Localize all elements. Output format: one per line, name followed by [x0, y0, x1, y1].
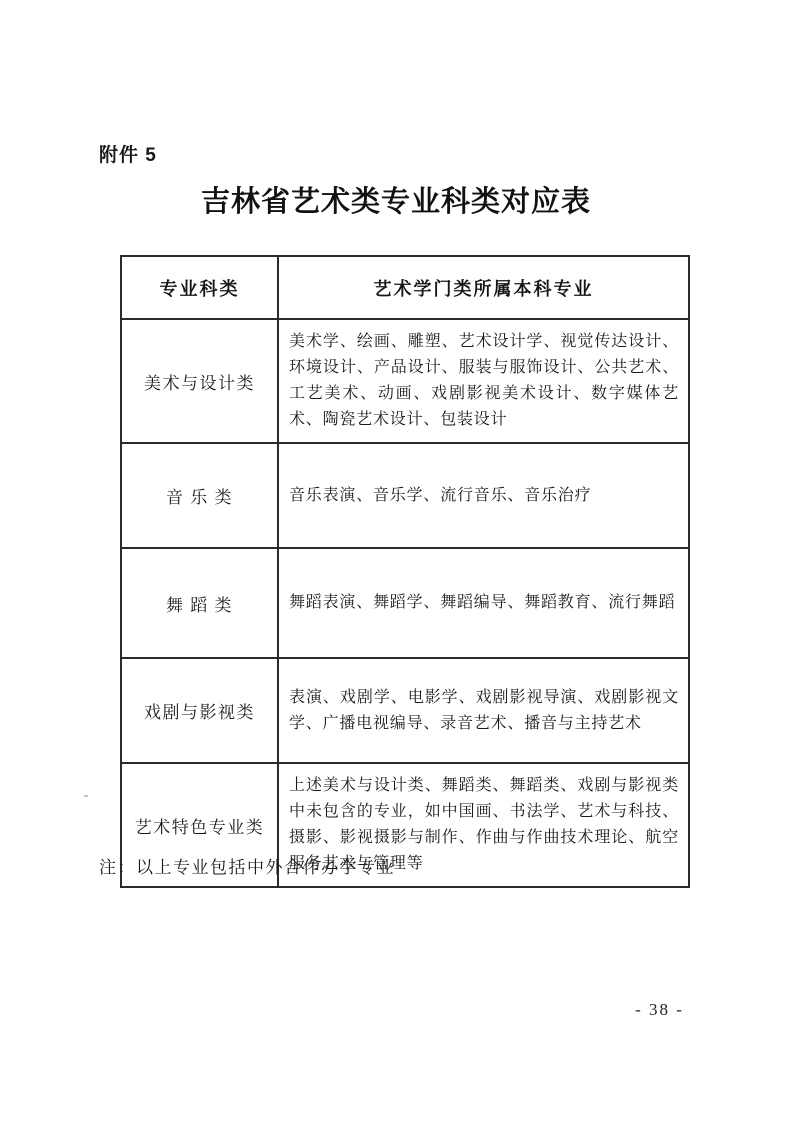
column-header-category: 专业科类 — [121, 256, 278, 319]
majors-cell: 表演、戏剧学、电影学、戏剧影视导演、戏剧影视文学、广播电视编导、录音艺术、播音与… — [278, 658, 689, 763]
table-row: 美术与设计类 美术学、绘画、雕塑、艺术设计学、视觉传达设计、环境设计、产品设计、… — [121, 319, 689, 443]
page-number: - 38 - — [622, 1000, 697, 1020]
page-title: 吉林省艺术类专业科类对应表 — [0, 179, 792, 220]
column-header-majors: 艺术学门类所属本科专业 — [278, 256, 689, 319]
footnote: 注：以上专业包括中外合作办学专业 — [99, 853, 395, 878]
table-row: 音 乐 类 音乐表演、音乐学、流行音乐、音乐治疗 — [121, 443, 689, 548]
category-cell: 舞 蹈 类 — [121, 548, 278, 658]
table-header-row: 专业科类 艺术学门类所属本科专业 — [121, 256, 689, 319]
table-row: 舞 蹈 类 舞蹈表演、舞蹈学、舞蹈编导、舞蹈教育、流行舞蹈 — [121, 548, 689, 658]
majors-cell: 美术学、绘画、雕塑、艺术设计学、视觉传达设计、环境设计、产品设计、服装与服饰设计… — [278, 319, 689, 443]
category-cell: 音 乐 类 — [121, 443, 278, 548]
document-page: 附件 5 吉林省艺术类专业科类对应表 专业科类 艺术学门类所属本科专业 美术与设… — [0, 0, 792, 1129]
category-cell: 戏剧与影视类 — [121, 658, 278, 763]
attachment-label: 附件 5 — [99, 140, 157, 167]
category-correspondence-table: 专业科类 艺术学门类所属本科专业 美术与设计类 美术学、绘画、雕塑、艺术设计学、… — [120, 255, 690, 888]
scan-artifact-dot — [84, 795, 88, 797]
majors-cell: 舞蹈表演、舞蹈学、舞蹈编导、舞蹈教育、流行舞蹈 — [278, 548, 689, 658]
table-row: 戏剧与影视类 表演、戏剧学、电影学、戏剧影视导演、戏剧影视文学、广播电视编导、录… — [121, 658, 689, 763]
majors-cell: 音乐表演、音乐学、流行音乐、音乐治疗 — [278, 443, 689, 548]
category-cell: 美术与设计类 — [121, 319, 278, 443]
